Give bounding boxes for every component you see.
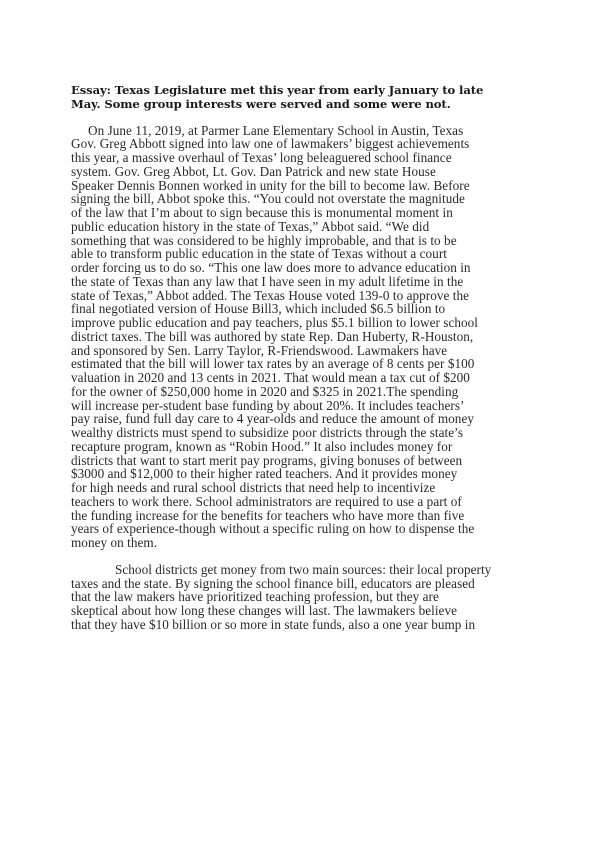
paragraph-line: that they have $10 billion or so more in… <box>71 618 533 632</box>
paragraph-line: years of experience-though without a spe… <box>71 522 533 536</box>
paragraph-line: for the owner of $250,000 home in 2020 a… <box>71 385 533 399</box>
paragraph-line: able to transform public education in th… <box>71 247 533 261</box>
paragraph-line: the funding increase for the benefits fo… <box>71 509 533 523</box>
paragraph-line: recapture program, known as “Robin Hood.… <box>71 440 533 454</box>
document-content: Essay: Texas Legislature met this year f… <box>71 84 533 632</box>
document-page: Essay: Texas Legislature met this year f… <box>0 0 595 842</box>
paragraph-line: that the law makers have prioritized tea… <box>71 590 533 604</box>
title-line: Essay: Texas Legislature met this year f… <box>71 84 533 98</box>
paragraph-1: On June 11, 2019, at Parmer Lane Element… <box>71 124 533 550</box>
paragraph-line: this year, a massive overhaul of Texas’ … <box>71 151 533 165</box>
paragraph-line: district taxes. The bill was authored by… <box>71 330 533 344</box>
paragraph-line: teachers to work there. School administr… <box>71 495 533 509</box>
paragraph-line: final negotiated version of House Bill3,… <box>71 302 533 316</box>
paragraph-line: taxes and the state. By signing the scho… <box>71 577 533 591</box>
paragraph-line: the state of Texas than any law that I h… <box>71 275 533 289</box>
paragraph-line: On June 11, 2019, at Parmer Lane Element… <box>71 124 533 138</box>
paragraph-line: of the law that I’m about to sign becaus… <box>71 206 533 220</box>
paragraph-2: School districts get money from two main… <box>71 563 533 632</box>
paragraph-line: Speaker Dennis Bonnen worked in unity fo… <box>71 179 533 193</box>
paragraph-line: signing the bill, Abbot spoke this. “You… <box>71 192 533 206</box>
paragraph-line: and sponsored by Sen. Larry Taylor, R-Fr… <box>71 344 533 358</box>
paragraph-line: valuation in 2020 and 13 cents in 2021. … <box>71 371 533 385</box>
paragraph-line: pay raise, fund full day care to 4 year-… <box>71 412 533 426</box>
paragraph-line: skeptical about how long these changes w… <box>71 604 533 618</box>
paragraph-line: Gov. Greg Abbott signed into law one of … <box>71 137 533 151</box>
paragraph-line: order forcing us to do so. “This one law… <box>71 261 533 275</box>
paragraph-line: system. Gov. Greg Abbot, Lt. Gov. Dan Pa… <box>71 165 533 179</box>
paragraph-line: School districts get money from two main… <box>71 563 533 577</box>
essay-title: Essay: Texas Legislature met this year f… <box>71 84 533 112</box>
paragraph-line: money on them. <box>71 536 533 550</box>
paragraph-line: will increase per-student base funding b… <box>71 399 533 413</box>
paragraph-line: districts that want to start merit pay p… <box>71 454 533 468</box>
paragraph-line: public education history in the state of… <box>71 220 533 234</box>
paragraph-line: improve public education and pay teacher… <box>71 316 533 330</box>
paragraph-line: something that was considered to be high… <box>71 234 533 248</box>
paragraph-line: for high needs and rural school district… <box>71 481 533 495</box>
paragraph-line: wealthy districts must spend to subsidiz… <box>71 426 533 440</box>
paragraph-line: estimated that the bill will lower tax r… <box>71 357 533 371</box>
title-line: May. Some group interests were served an… <box>71 98 533 112</box>
paragraph-line: $3000 and $12,000 to their higher rated … <box>71 467 533 481</box>
paragraph-line: state of Texas,” Abbot added. The Texas … <box>71 289 533 303</box>
